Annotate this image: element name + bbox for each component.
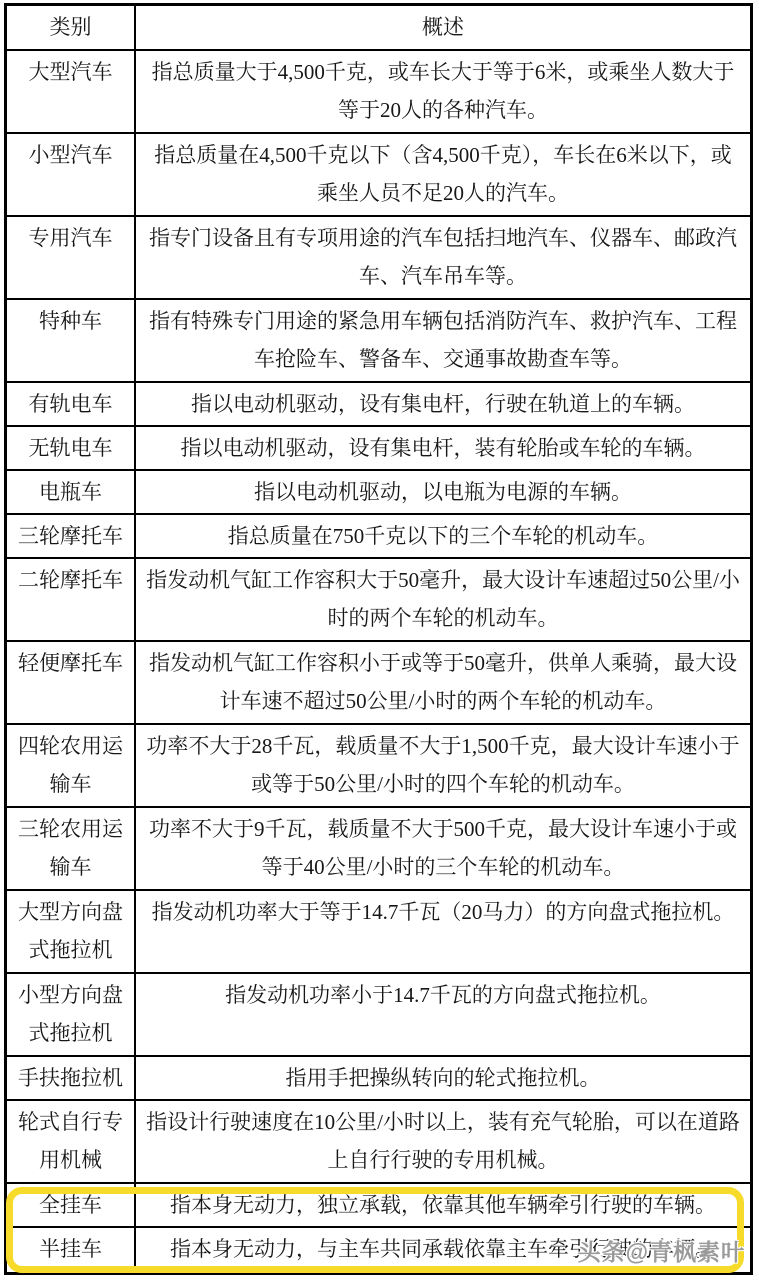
row-category: 二轮摩托车 bbox=[7, 559, 136, 640]
row-category: 电瓶车 bbox=[7, 471, 136, 513]
row-description: 指发动机功率大于等于14.7千瓦（20马力）的方向盘式拖拉机。 bbox=[136, 891, 750, 972]
table-header-row: 类别 概述 bbox=[7, 6, 750, 51]
row-description: 指用手把操纵转向的轮式拖拉机。 bbox=[136, 1057, 750, 1099]
row-description: 指以电动机驱动，设有集电杆，装有轮胎或车轮的车辆。 bbox=[136, 427, 750, 469]
table-row: 小型方向盘式拖拉机 指发动机功率小于14.7千瓦的方向盘式拖拉机。 bbox=[7, 974, 750, 1057]
table-row-highlighted: 半挂车 指本身无动力，与主车共同承载依靠主车牵引行驶的车辆。 bbox=[7, 1228, 750, 1272]
header-overview: 概述 bbox=[136, 6, 750, 49]
row-category: 三轮摩托车 bbox=[7, 515, 136, 557]
row-description: 指发动机功率小于14.7千瓦的方向盘式拖拉机。 bbox=[136, 974, 750, 1055]
row-description: 指以电动机驱动，设有集电杆，行驶在轨道上的车辆。 bbox=[136, 383, 750, 425]
screenshot-root: 类别 概述 大型汽车 指总质量大于4,500千克，或车长大于等于6米，或乘坐人数… bbox=[0, 0, 759, 1280]
row-category: 大型汽车 bbox=[7, 51, 136, 132]
row-description: 指专门设备且有专项用途的汽车包括扫地汽车、仪器车、邮政汽车、汽车吊车等。 bbox=[136, 217, 750, 298]
row-description: 功率不大于9千瓦，载质量不大于500千克，最大设计车速小于或等于40公里/小时的… bbox=[136, 808, 750, 889]
row-category: 有轨电车 bbox=[7, 383, 136, 425]
row-category: 专用汽车 bbox=[7, 217, 136, 298]
row-description: 指发动机气缸工作容积小于或等于50毫升，供单人乘骑，最大设计车速不超过50公里/… bbox=[136, 642, 750, 723]
table-row: 四轮农用运输车 功率不大于28千瓦，载质量不大于1,500千克，最大设计车速小于… bbox=[7, 725, 750, 808]
table-row-highlighted: 全挂车 指本身无动力，独立承载，依靠其他车辆牵引行驶的车辆。 bbox=[7, 1184, 750, 1228]
row-category: 小型方向盘式拖拉机 bbox=[7, 974, 136, 1055]
row-category: 全挂车 bbox=[7, 1184, 136, 1226]
table-row: 有轨电车 指以电动机驱动，设有集电杆，行驶在轨道上的车辆。 bbox=[7, 383, 750, 427]
row-description: 指有特殊专门用途的紧急用车辆包括消防汽车、救护汽车、工程车抢险车、警备车、交通事… bbox=[136, 300, 750, 381]
row-category: 四轮农用运输车 bbox=[7, 725, 136, 806]
row-category: 半挂车 bbox=[7, 1228, 136, 1272]
row-category: 小型汽车 bbox=[7, 134, 136, 215]
row-category: 轻便摩托车 bbox=[7, 642, 136, 723]
table-row: 大型方向盘式拖拉机 指发动机功率大于等于14.7千瓦（20马力）的方向盘式拖拉机… bbox=[7, 891, 750, 974]
row-category: 特种车 bbox=[7, 300, 136, 381]
row-category: 轮式自行专用机械 bbox=[7, 1101, 136, 1182]
row-category: 三轮农用运输车 bbox=[7, 808, 136, 889]
row-description: 指总质量在750千克以下的三个车轮的机动车。 bbox=[136, 515, 750, 557]
table-row: 特种车 指有特殊专门用途的紧急用车辆包括消防汽车、救护汽车、工程车抢险车、警备车… bbox=[7, 300, 750, 383]
table-row: 轻便摩托车 指发动机气缸工作容积小于或等于50毫升，供单人乘骑，最大设计车速不超… bbox=[7, 642, 750, 725]
row-category: 无轨电车 bbox=[7, 427, 136, 469]
row-description: 指以电动机驱动，以电瓶为电源的车辆。 bbox=[136, 471, 750, 513]
table-row: 无轨电车 指以电动机驱动，设有集电杆，装有轮胎或车轮的车辆。 bbox=[7, 427, 750, 471]
row-description: 指总质量在4,500千克以下（含4,500千克），车长在6米以下，或乘坐人员不足… bbox=[136, 134, 750, 215]
table-row: 三轮摩托车 指总质量在750千克以下的三个车轮的机动车。 bbox=[7, 515, 750, 559]
table-row: 轮式自行专用机械 指设计行驶速度在10公里/小时以上，装有充气轮胎，可以在道路上… bbox=[7, 1101, 750, 1184]
table-row: 专用汽车 指专门设备且有专项用途的汽车包括扫地汽车、仪器车、邮政汽车、汽车吊车等… bbox=[7, 217, 750, 300]
row-description: 指发动机气缸工作容积大于50毫升，最大设计车速超过50公里/小时的两个车轮的机动… bbox=[136, 559, 750, 640]
row-category: 手扶拖拉机 bbox=[7, 1057, 136, 1099]
row-description: 指总质量大于4,500千克，或车长大于等于6米，或乘坐人数大于等于20人的各种汽… bbox=[136, 51, 750, 132]
table-row: 手扶拖拉机 指用手把操纵转向的轮式拖拉机。 bbox=[7, 1057, 750, 1101]
table-row: 二轮摩托车 指发动机气缸工作容积大于50毫升，最大设计车速超过50公里/小时的两… bbox=[7, 559, 750, 642]
row-category: 大型方向盘式拖拉机 bbox=[7, 891, 136, 972]
header-category: 类别 bbox=[7, 6, 136, 49]
row-description: 指本身无动力，独立承载，依靠其他车辆牵引行驶的车辆。 bbox=[136, 1184, 750, 1226]
row-description: 功率不大于28千瓦，载质量不大于1,500千克，最大设计车速小于或等于50公里/… bbox=[136, 725, 750, 806]
row-description: 指设计行驶速度在10公里/小时以上，装有充气轮胎，可以在道路上自行行驶的专用机械… bbox=[136, 1101, 750, 1182]
table-row: 电瓶车 指以电动机驱动，以电瓶为电源的车辆。 bbox=[7, 471, 750, 515]
table-row: 小型汽车 指总质量在4,500千克以下（含4,500千克），车长在6米以下，或乘… bbox=[7, 134, 750, 217]
row-description: 指本身无动力，与主车共同承载依靠主车牵引行驶的车辆。 bbox=[136, 1228, 750, 1272]
table-row: 三轮农用运输车 功率不大于9千瓦，载质量不大于500千克，最大设计车速小于或等于… bbox=[7, 808, 750, 891]
table-row: 大型汽车 指总质量大于4,500千克，或车长大于等于6米，或乘坐人数大于等于20… bbox=[7, 51, 750, 134]
vehicle-category-table: 类别 概述 大型汽车 指总质量大于4,500千克，或车长大于等于6米，或乘坐人数… bbox=[4, 3, 753, 1275]
